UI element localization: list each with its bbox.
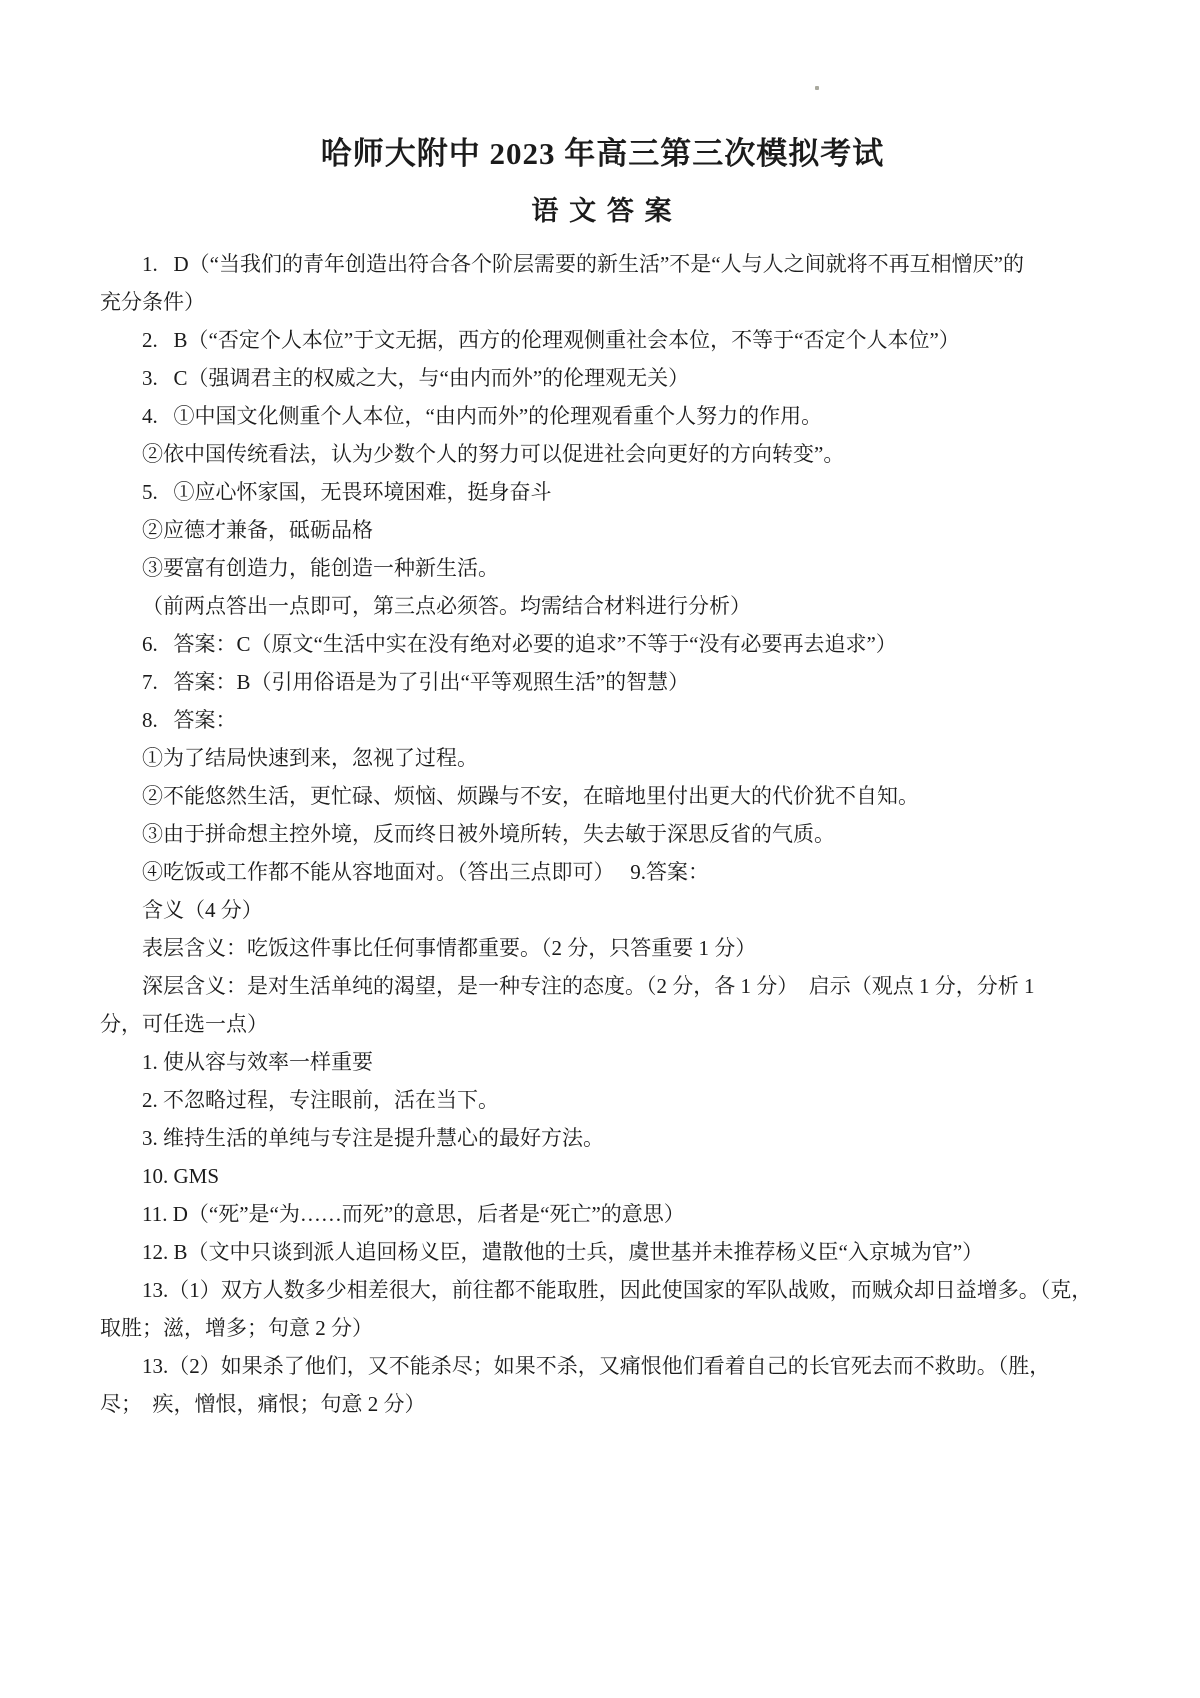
answer-lines: 1. D（“当我们的青年创造出符合各个阶层需要的新生活”不是“人与人之间就将不再… <box>100 245 1105 1423</box>
answer-line: 1. D（“当我们的青年创造出符合各个阶层需要的新生活”不是“人与人之间就将不再… <box>100 245 1105 283</box>
answer-line: 尽； 疾，憎恨，痛恨；句意 2 分） <box>100 1385 1105 1423</box>
answer-line: ②不能悠然生活，更忙碌、烦恼、烦躁与不安，在暗地里付出更大的代价犹不自知。 <box>100 777 1105 815</box>
answer-line: 10. GMS <box>100 1157 1105 1195</box>
answer-line: 13.（1）双方人数多少相差很大，前往都不能取胜，因此使国家的军队战败，而贼众却… <box>100 1271 1105 1309</box>
answer-line: 2. B（“否定个人本位”于文无据，西方的伦理观侧重社会本位，不等于“否定个人本… <box>100 321 1105 359</box>
answers-heading: 语 文 答 案 <box>100 194 1105 229</box>
answer-line: 11. D（“死”是“为……而死”的意思，后者是“死亡”的意思） <box>100 1195 1105 1233</box>
document-page: 哈师大附中 2023 年高三第三次模拟考试 语 文 答 案 1. D（“当我们的… <box>0 0 1200 1698</box>
answer-line: 8. 答案： <box>100 701 1105 739</box>
answer-line: 含义（4 分） <box>100 891 1105 929</box>
answer-line: 12. B（文中只谈到派人追回杨义臣，遣散他的士兵，虞世基并未推荐杨义臣“入京城… <box>100 1233 1105 1271</box>
answer-line: 4. ①中国文化侧重个人本位，“由内而外”的伦理观看重个人努力的作用。 <box>100 397 1105 435</box>
answer-line: 充分条件） <box>100 283 1105 321</box>
answer-line: 深层含义：是对生活单纯的渴望，是一种专注的态度。（2 分，各 1 分） 启示（观… <box>100 967 1105 1005</box>
answer-line: 13.（2）如果杀了他们，又不能杀尽；如果不杀，又痛恨他们看着自己的长官死去而不… <box>100 1347 1105 1385</box>
answer-line: 2. 不忽略过程，专注眼前，活在当下。 <box>100 1081 1105 1119</box>
answer-line: （前两点答出一点即可，第三点必须答。均需结合材料进行分析） <box>100 587 1105 625</box>
answer-line: 1. 使从容与效率一样重要 <box>100 1043 1105 1081</box>
answer-line: 3. 维持生活的单纯与专注是提升慧心的最好方法。 <box>100 1119 1105 1157</box>
answer-line: 7. 答案：B（引用俗语是为了引出“平等观照生活”的智慧） <box>100 663 1105 701</box>
answer-line: 3. C（强调君主的权威之大，与“由内而外”的伦理观无关） <box>100 359 1105 397</box>
answer-line: 6. 答案：C（原文“生活中实在没有绝对必要的追求”不等于“没有必要再去追求”） <box>100 625 1105 663</box>
answer-line: ②应德才兼备，砥砺品格 <box>100 511 1105 549</box>
exam-title: 哈师大附中 2023 年高三第三次模拟考试 <box>100 0 1105 174</box>
answer-line: ④吃饭或工作都不能从容地面对。（答出三点即可） 9.答案： <box>100 853 1105 891</box>
answer-line: ②依中国传统看法，认为少数个人的努力可以促进社会向更好的方向转变”。 <box>100 435 1105 473</box>
answer-line: 5. ①应心怀家国，无畏环境困难，挺身奋斗 <box>100 473 1105 511</box>
answer-line: ③由于拼命想主控外境，反而终日被外境所转，失去敏于深思反省的气质。 <box>100 815 1105 853</box>
answer-line: ③要富有创造力，能创造一种新生活。 <box>100 549 1105 587</box>
answer-line: 取胜；滋，增多；句意 2 分） <box>100 1309 1105 1347</box>
answer-line: 表层含义：吃饭这件事比任何事情都重要。（2 分，只答重要 1 分） <box>100 929 1105 967</box>
document-content: 哈师大附中 2023 年高三第三次模拟考试 语 文 答 案 1. D（“当我们的… <box>100 0 1105 1423</box>
answer-line: 分，可任选一点） <box>100 1005 1105 1043</box>
answer-line: ①为了结局快速到来，忽视了过程。 <box>100 739 1105 777</box>
